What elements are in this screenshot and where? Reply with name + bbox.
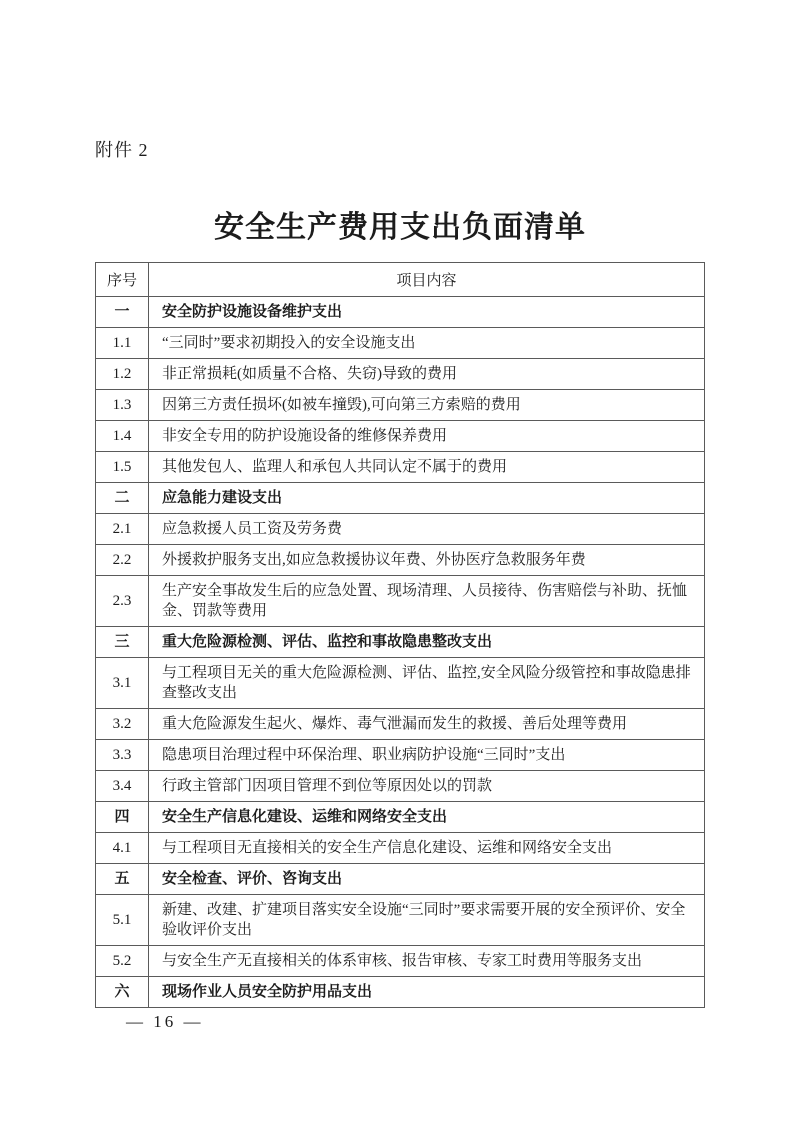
section-row: 一安全防护设施设备维护支出 <box>96 297 705 328</box>
row-content: 非安全专用的防护设施设备的维修保养费用 <box>149 421 705 452</box>
row-content: 安全检查、评价、咨询支出 <box>149 864 705 895</box>
row-number: 1.4 <box>96 421 149 452</box>
table-row: 1.3因第三方责任损坏(如被车撞毁),可向第三方索赔的费用 <box>96 390 705 421</box>
row-number: 2.1 <box>96 514 149 545</box>
table-header-row: 序号 项目内容 <box>96 263 705 297</box>
row-content: 因第三方责任损坏(如被车撞毁),可向第三方索赔的费用 <box>149 390 705 421</box>
row-number: 2.3 <box>96 576 149 627</box>
row-content: 与工程项目无关的重大危险源检测、评估、监控,安全风险分级管控和事故隐患排查整改支… <box>149 658 705 709</box>
table-row: 1.1“三同时”要求初期投入的安全设施支出 <box>96 328 705 359</box>
row-number: 5.2 <box>96 946 149 977</box>
table-row: 3.4行政主管部门因项目管理不到位等原因处以的罚款 <box>96 771 705 802</box>
row-content: 与工程项目无直接相关的安全生产信息化建设、运维和网络安全支出 <box>149 833 705 864</box>
attachment-label: 附件 2 <box>95 136 149 162</box>
section-row: 五安全检查、评价、咨询支出 <box>96 864 705 895</box>
row-content: 行政主管部门因项目管理不到位等原因处以的罚款 <box>149 771 705 802</box>
table-row: 2.2外援救护服务支出,如应急救援协议年费、外协医疗急救服务年费 <box>96 545 705 576</box>
column-header-no: 序号 <box>96 263 149 297</box>
row-number: 二 <box>96 483 149 514</box>
table-row: 5.2与安全生产无直接相关的体系审核、报告审核、专家工时费用等服务支出 <box>96 946 705 977</box>
row-number: 六 <box>96 977 149 1008</box>
row-content: 与安全生产无直接相关的体系审核、报告审核、专家工时费用等服务支出 <box>149 946 705 977</box>
section-row: 二应急能力建设支出 <box>96 483 705 514</box>
row-number: 3.2 <box>96 709 149 740</box>
section-row: 三重大危险源检测、评估、监控和事故隐患整改支出 <box>96 627 705 658</box>
table-row: 3.3隐患项目治理过程中环保治理、职业病防护设施“三同时”支出 <box>96 740 705 771</box>
row-content: 生产安全事故发生后的应急处置、现场清理、人员接待、伤害赔偿与补助、抚恤金、罚款等… <box>149 576 705 627</box>
row-number: 四 <box>96 802 149 833</box>
table-row: 2.3生产安全事故发生后的应急处置、现场清理、人员接待、伤害赔偿与补助、抚恤金、… <box>96 576 705 627</box>
row-content: 非正常损耗(如质量不合格、失窃)导致的费用 <box>149 359 705 390</box>
row-number: 3.1 <box>96 658 149 709</box>
row-content: 应急救援人员工资及劳务费 <box>149 514 705 545</box>
row-number: 2.2 <box>96 545 149 576</box>
section-row: 六现场作业人员安全防护用品支出 <box>96 977 705 1008</box>
row-number: 1.5 <box>96 452 149 483</box>
row-content: 重大危险源检测、评估、监控和事故隐患整改支出 <box>149 627 705 658</box>
row-content: “三同时”要求初期投入的安全设施支出 <box>149 328 705 359</box>
row-number: 三 <box>96 627 149 658</box>
column-header-content: 项目内容 <box>149 263 705 297</box>
document-page: 附件 2 安全生产费用支出负面清单 序号 项目内容 一安全防护设施设备维护支出1… <box>0 0 800 1132</box>
section-row: 四安全生产信息化建设、运维和网络安全支出 <box>96 802 705 833</box>
row-content: 现场作业人员安全防护用品支出 <box>149 977 705 1008</box>
table-row: 1.5其他发包人、监理人和承包人共同认定不属于的费用 <box>96 452 705 483</box>
table-row: 1.4非安全专用的防护设施设备的维修保养费用 <box>96 421 705 452</box>
table-row: 3.2重大危险源发生起火、爆炸、毒气泄漏而发生的救援、善后处理等费用 <box>96 709 705 740</box>
table-row: 1.2非正常损耗(如质量不合格、失窃)导致的费用 <box>96 359 705 390</box>
page-title: 安全生产费用支出负面清单 <box>0 202 800 246</box>
row-number: 3.4 <box>96 771 149 802</box>
row-content: 外援救护服务支出,如应急救援协议年费、外协医疗急救服务年费 <box>149 545 705 576</box>
row-number: 5.1 <box>96 895 149 946</box>
row-number: 3.3 <box>96 740 149 771</box>
row-content: 安全防护设施设备维护支出 <box>149 297 705 328</box>
row-content: 隐患项目治理过程中环保治理、职业病防护设施“三同时”支出 <box>149 740 705 771</box>
negative-list-table: 序号 项目内容 一安全防护设施设备维护支出1.1“三同时”要求初期投入的安全设施… <box>95 262 705 1008</box>
table-row: 5.1新建、改建、扩建项目落实安全设施“三同时”要求需要开展的安全预评价、安全验… <box>96 895 705 946</box>
table-body: 一安全防护设施设备维护支出1.1“三同时”要求初期投入的安全设施支出1.2非正常… <box>96 297 705 1008</box>
row-number: 1.1 <box>96 328 149 359</box>
row-content: 安全生产信息化建设、运维和网络安全支出 <box>149 802 705 833</box>
row-content: 其他发包人、监理人和承包人共同认定不属于的费用 <box>149 452 705 483</box>
row-number: 1.3 <box>96 390 149 421</box>
row-content: 应急能力建设支出 <box>149 483 705 514</box>
table-row: 4.1与工程项目无直接相关的安全生产信息化建设、运维和网络安全支出 <box>96 833 705 864</box>
table-row: 2.1应急救援人员工资及劳务费 <box>96 514 705 545</box>
row-content: 重大危险源发生起火、爆炸、毒气泄漏而发生的救援、善后处理等费用 <box>149 709 705 740</box>
row-number: 1.2 <box>96 359 149 390</box>
row-content: 新建、改建、扩建项目落实安全设施“三同时”要求需要开展的安全预评价、安全验收评价… <box>149 895 705 946</box>
row-number: 五 <box>96 864 149 895</box>
row-number: 一 <box>96 297 149 328</box>
page-number: — 16 — <box>126 1012 204 1032</box>
table-row: 3.1与工程项目无关的重大危险源检测、评估、监控,安全风险分级管控和事故隐患排查… <box>96 658 705 709</box>
row-number: 4.1 <box>96 833 149 864</box>
